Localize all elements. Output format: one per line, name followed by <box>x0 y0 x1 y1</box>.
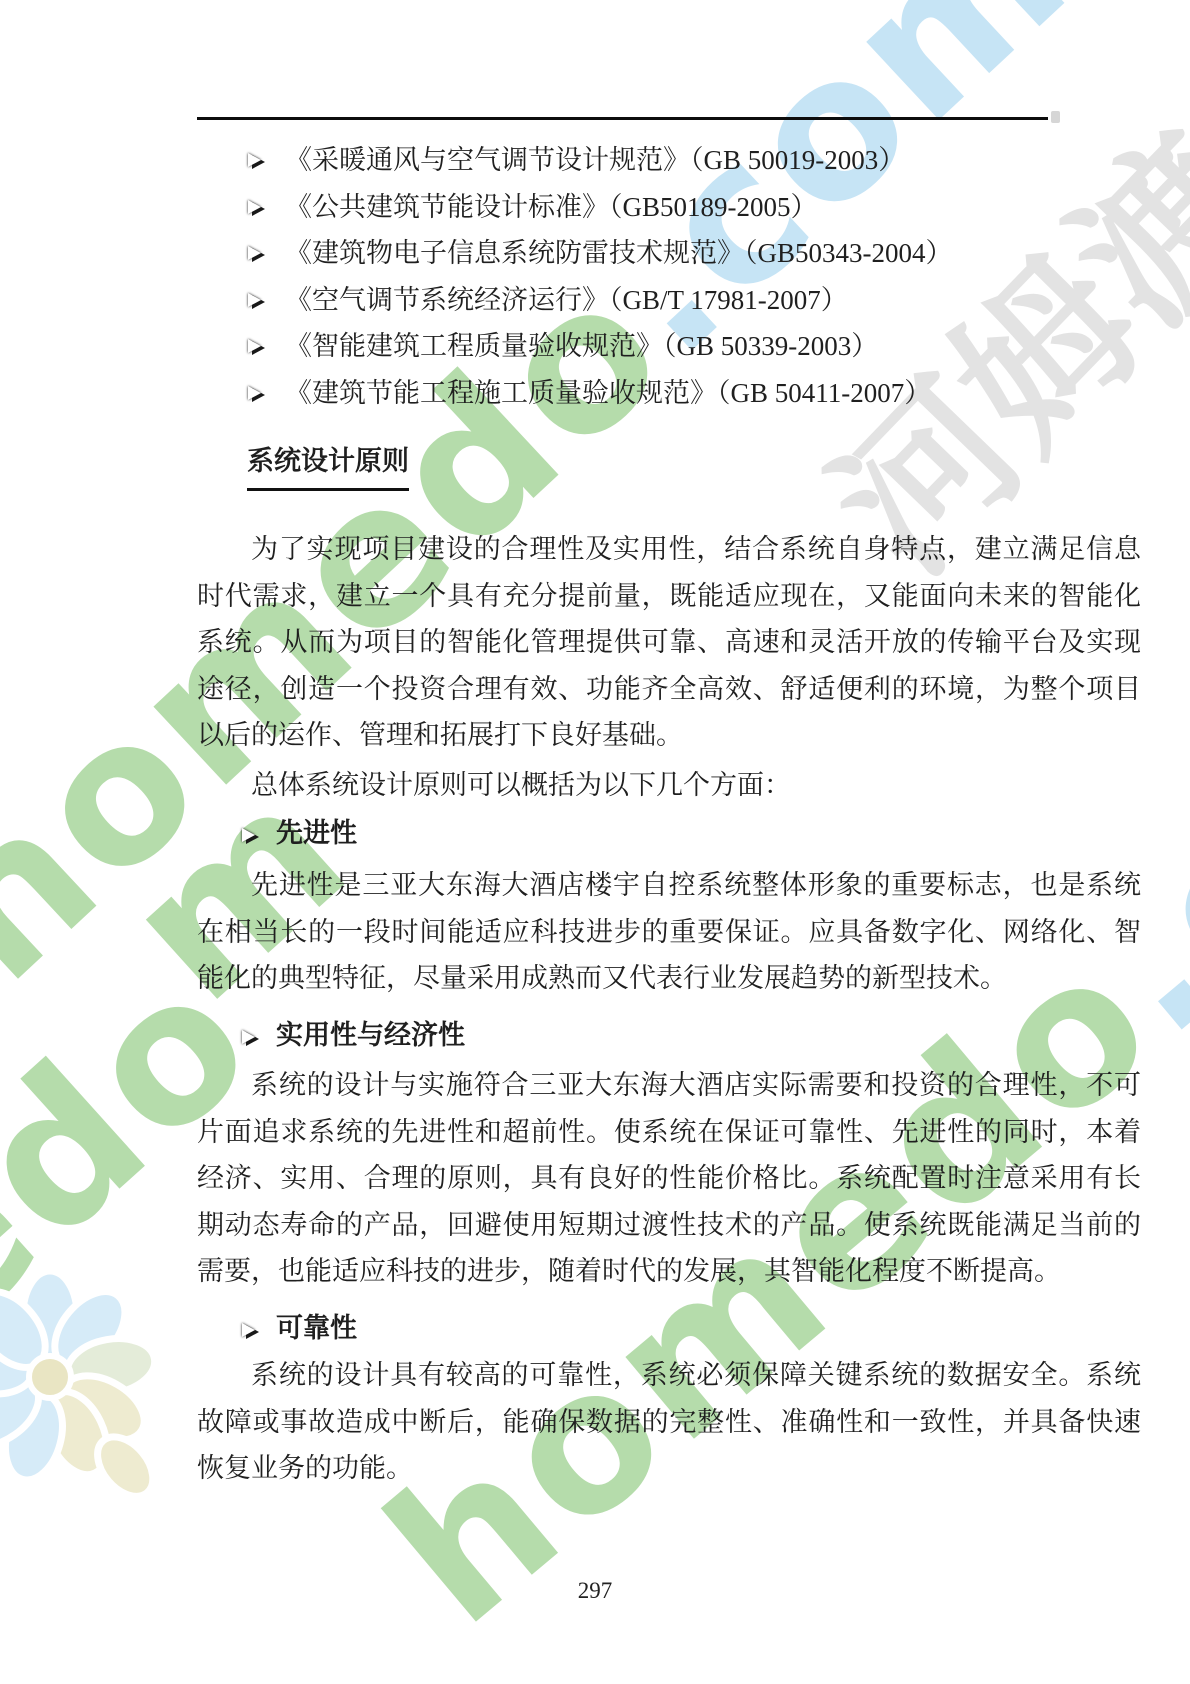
scan-artifact <box>1051 111 1060 123</box>
document-page: homedo.com homedo.com medo m 河姆渡 《采 <box>0 0 1190 1684</box>
principle-body-advancement: 先进性是三亚大东海大酒店楼宇自控系统整体形象的重要标志，也是系统在相当长的一段时… <box>197 862 1141 1002</box>
arrow-bullet-icon <box>248 291 266 309</box>
standard-label: 《建筑物电子信息系统防雷技术规范》（GB50343-2004） <box>285 238 953 268</box>
standard-label: 《采暖通风与空气调节设计规范》（GB 50019-2003） <box>285 145 905 175</box>
standard-list-item: 《空气调节系统经济运行》（GB/T 17981-2007） <box>197 277 1141 324</box>
standard-label: 《空气调节系统经济运行》（GB/T 17981-2007） <box>285 285 848 315</box>
principle-heading-advancement: 先进性 <box>197 810 1186 857</box>
arrow-bullet-icon <box>242 826 260 844</box>
arrow-bullet-icon <box>248 151 266 169</box>
page-number: 297 <box>0 1576 1190 1606</box>
arrow-bullet-icon <box>248 198 266 216</box>
principle-body-reliability: 系统的设计具有较高的可靠性，系统必须保障关键系统的数据安全。系统故障或事故造成中… <box>197 1352 1141 1492</box>
flower-logo-icon <box>0 1240 195 1533</box>
arrow-bullet-icon <box>248 337 266 355</box>
standard-list-item: 《智能建筑工程质量验收规范》（GB 50339-2003） <box>197 323 1141 370</box>
arrow-bullet-icon <box>242 1028 260 1046</box>
standard-list-item: 《建筑物电子信息系统防雷技术规范》（GB50343-2004） <box>197 230 1141 277</box>
principle-body-practicality: 系统的设计与实施符合三亚大东海大酒店实际需要和投资的合理性，不可片面追求系统的先… <box>197 1062 1141 1295</box>
standard-list-item: 《公共建筑节能设计标准》（GB50189-2005） <box>197 184 1141 231</box>
standard-label: 《公共建筑节能设计标准》（GB50189-2005） <box>285 192 818 222</box>
arrow-bullet-icon <box>248 384 266 402</box>
intro-paragraph: 为了实现项目建设的合理性及实用性，结合系统自身特点，建立满足信息时代需求，建立一… <box>197 526 1141 759</box>
standard-list-item: 《建筑节能工程施工质量验收规范》（GB 50411-2007） <box>197 370 1141 417</box>
principle-heading-practicality: 实用性与经济性 <box>197 1012 1186 1059</box>
header-rule <box>197 117 1048 120</box>
principle-heading-reliability: 可靠性 <box>197 1305 1186 1352</box>
standard-label: 《建筑节能工程施工质量验收规范》（GB 50411-2007） <box>285 378 931 408</box>
overview-line: 总体系统设计原则可以概括为以下几个方面： <box>197 762 1141 809</box>
standards-list: 《采暖通风与空气调节设计规范》（GB 50019-2003） 《公共建筑节能设计… <box>197 137 1141 416</box>
standard-list-item: 《采暖通风与空气调节设计规范》（GB 50019-2003） <box>197 137 1141 184</box>
section-title: 系统设计原则 <box>247 438 409 491</box>
arrow-bullet-icon <box>242 1321 260 1339</box>
arrow-bullet-icon <box>248 244 266 262</box>
standard-label: 《智能建筑工程质量验收规范》（GB 50339-2003） <box>285 331 878 361</box>
